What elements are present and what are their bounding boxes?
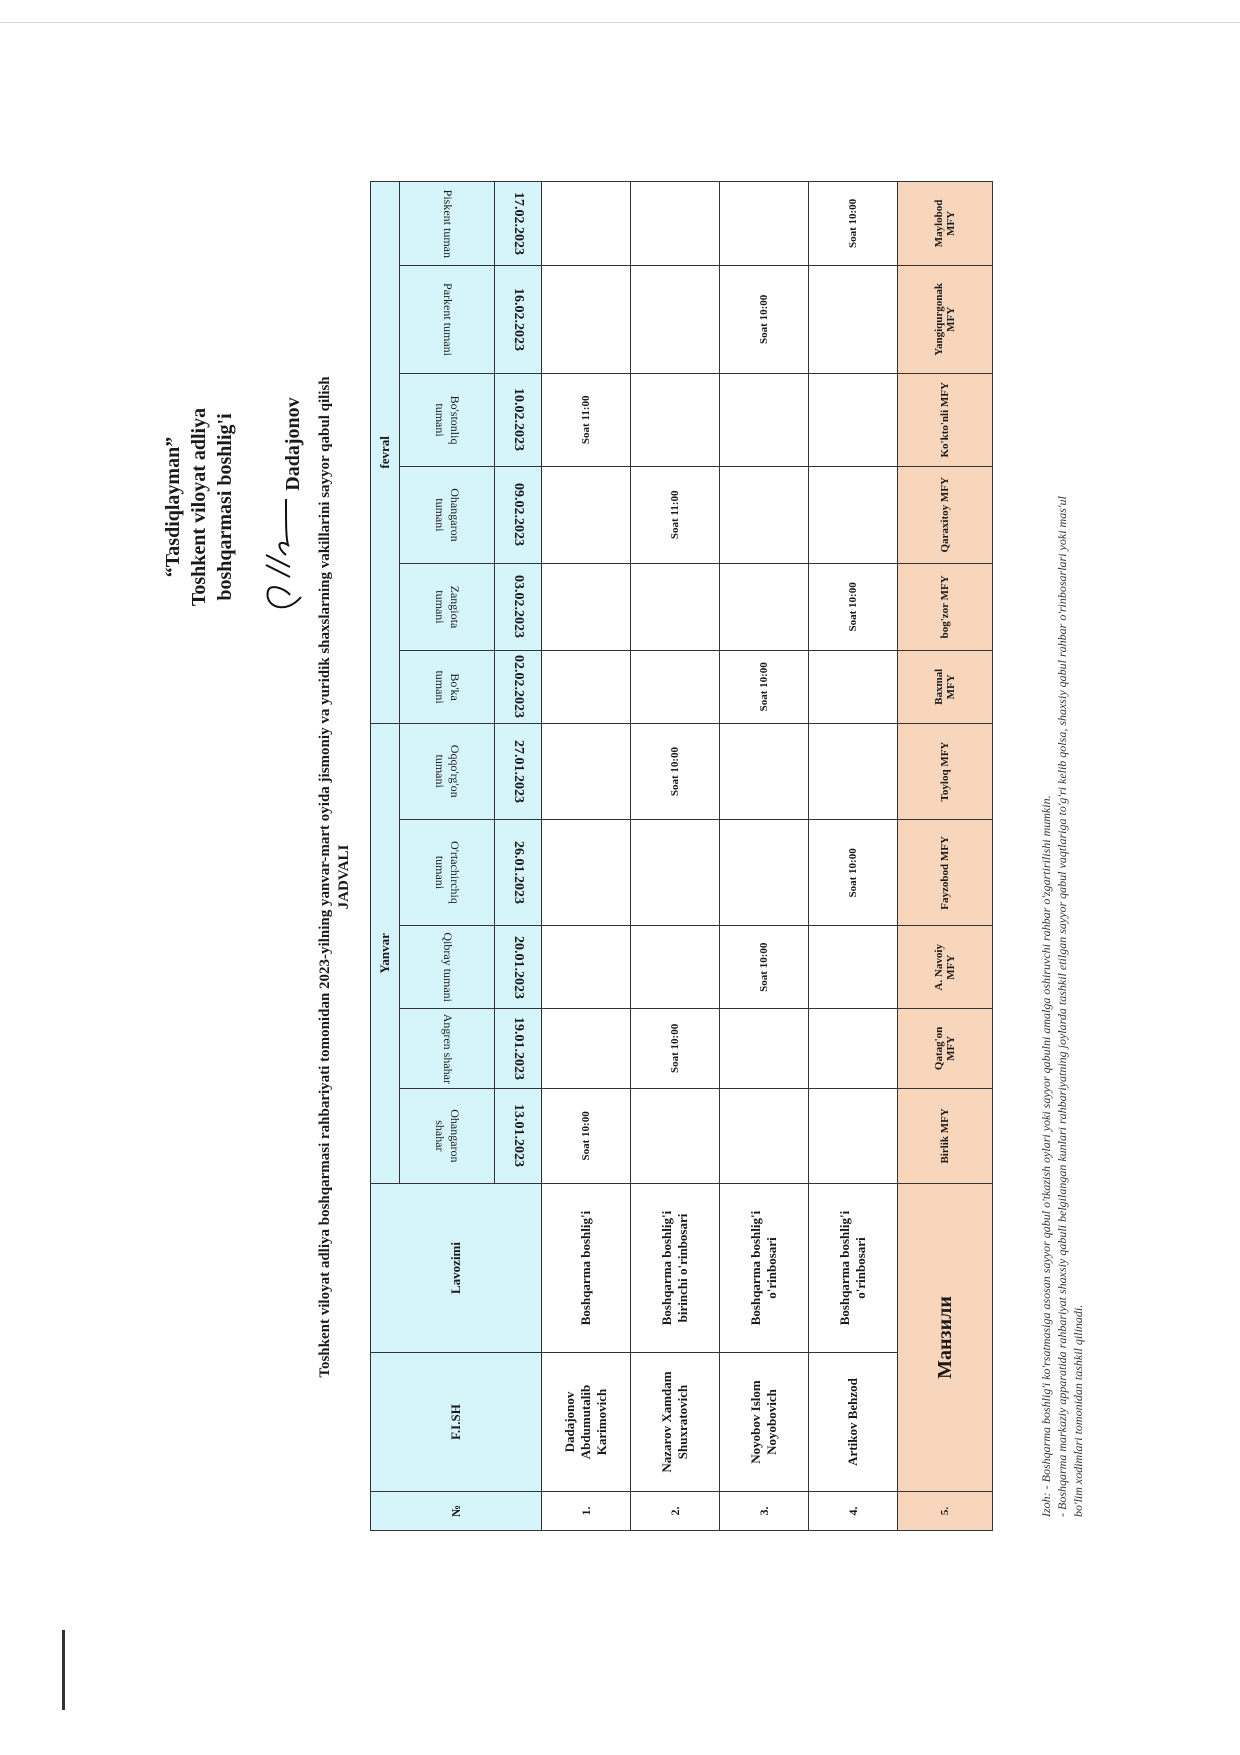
schedule-slot: [720, 466, 809, 563]
title-line-1: Toshkent viloyat adliya boshqarmasi rahb…: [316, 237, 335, 1517]
schedule-table: № F.I.SH Lavozimi Yanvarfevral Ohangaron…: [370, 181, 993, 1531]
schedule-slot: [542, 466, 631, 563]
table-row: 4.Artikov BehzodBoshqarma boshlig'i o'ri…: [809, 182, 898, 1531]
date-value: 02.02.2023: [510, 655, 526, 718]
scan-edge-line: [0, 22, 1240, 23]
row-number: 3.: [720, 1492, 809, 1531]
signature-icon: [256, 497, 306, 617]
approval-line-1: Toshkent viloyat adliya: [186, 377, 212, 637]
date-value: 17.02.2023: [510, 192, 526, 255]
date-header: 13.01.2023: [495, 1088, 542, 1183]
schedule-slot: [631, 265, 720, 373]
person-name: Dadajonov Abdumutalib Karimovich: [542, 1353, 631, 1492]
district-header: Piskent tuman: [400, 182, 495, 266]
schedule-slot: [542, 563, 631, 650]
location-cell: Maylobod MFY: [898, 182, 993, 266]
approval-line-2: boshqarmasi boshlig'i: [212, 377, 238, 637]
schedule-slot: [809, 1088, 898, 1183]
schedule-slot: Soat 10:00: [720, 265, 809, 373]
row-number: 2.: [631, 1492, 720, 1531]
approval-block: “Tasdiqlayman” Toshkent viloyat adliya b…: [160, 377, 306, 637]
schedule-slot: [720, 182, 809, 266]
footnotes: Izoh: - Boshqarma boshlig'i ko'rsatmasig…: [1038, 237, 1086, 1517]
schedule-slot: [809, 466, 898, 563]
schedule-slot: [542, 182, 631, 266]
date-header: 09.02.2023: [495, 466, 542, 563]
schedule-slot: [809, 650, 898, 723]
schedule-slot: [631, 926, 720, 1009]
person-position: Boshqarma boshlig'i birinchi o'rinbosari: [631, 1184, 720, 1353]
district-header: Bo'stonliq tumani: [400, 373, 495, 466]
schedule-slot: [809, 723, 898, 820]
district-header: Zangiota tumani: [400, 563, 495, 650]
schedule-slot: [542, 650, 631, 723]
schedule-slot: [542, 926, 631, 1009]
location-cell: Ko'kto'nli MFY: [898, 373, 993, 466]
district-name: Qibray tumani: [440, 932, 455, 1002]
schedule-slot: [720, 373, 809, 466]
schedule-slot: Soat 10:00: [809, 820, 898, 926]
date-header: 20.01.2023: [495, 926, 542, 1009]
date-value: 20.01.2023: [510, 936, 526, 999]
district-header: Bo'ka tumani: [400, 650, 495, 723]
schedule-slot: [631, 373, 720, 466]
district-name: Bo'ka tumani: [432, 655, 462, 719]
location-cell: Toyloq MFY: [898, 723, 993, 820]
row-number: 5.: [898, 1492, 993, 1531]
locations-label: Манзили: [898, 1184, 993, 1492]
header-name: F.I.SH: [371, 1353, 542, 1492]
locations-row: 5.МанзилиBirlik MFYQatag'on MFYA. Navoiy…: [898, 182, 993, 1531]
location-cell: Baxmal MFY: [898, 650, 993, 723]
schedule-slot: [720, 820, 809, 926]
title-line-2: JADVALI: [335, 237, 354, 1517]
location-cell: Birlik MFY: [898, 1088, 993, 1183]
district-name: Ohangaron shahar: [432, 1093, 462, 1179]
header-number: №: [371, 1492, 542, 1531]
location-cell: Qaraxitoy MFY: [898, 466, 993, 563]
schedule-slot: [720, 723, 809, 820]
schedule-slot: Soat 10:00: [631, 1009, 720, 1089]
schedule-slot: Soat 10:00: [542, 1088, 631, 1183]
schedule-slot: Soat 10:00: [720, 926, 809, 1009]
person-name: Noyobov Islom Noyobovich: [720, 1353, 809, 1492]
footnote-3: bo'lim xodimlari tomonidan tashkil qilin…: [1070, 237, 1086, 1517]
date-value: 27.01.2023: [510, 740, 526, 803]
district-name: O'rtachirchiq tumani: [432, 824, 462, 921]
person-name: Artikov Behzod: [809, 1353, 898, 1492]
schedule-slot: [631, 563, 720, 650]
header-position: Lavozimi: [371, 1184, 542, 1353]
date-header: 10.02.2023: [495, 373, 542, 466]
footnote-1: Izoh: - Boshqarma boshlig'i ko'rsatmasig…: [1038, 237, 1054, 1517]
row-number: 1.: [542, 1492, 631, 1531]
date-header: 17.02.2023: [495, 182, 542, 266]
date-header: 26.01.2023: [495, 820, 542, 926]
location-cell: bog'zor MFY: [898, 563, 993, 650]
date-value: 03.02.2023: [510, 575, 526, 638]
district-header: Ohangaron tumani: [400, 466, 495, 563]
date-value: 16.02.2023: [510, 288, 526, 351]
document-title: Toshkent viloyat adliya boshqarmasi rahb…: [316, 237, 354, 1517]
date-value: 09.02.2023: [510, 483, 526, 546]
person-name: Nazarov Xamdam Shuxratovich: [631, 1353, 720, 1492]
location-cell: Fayzobod MFY: [898, 820, 993, 926]
schedule-slot: [809, 1009, 898, 1089]
row-number: 4.: [809, 1492, 898, 1531]
schedule-slot: Soat 10:00: [720, 650, 809, 723]
table-row: 1.Dadajonov Abdumutalib KarimovichBoshqa…: [542, 182, 631, 1531]
schedule-slot: [631, 1088, 720, 1183]
location-cell: A. Navoiy MFY: [898, 926, 993, 1009]
district-name: Bo'stonliq tumani: [432, 378, 462, 462]
district-header: Qibray tumani: [400, 926, 495, 1009]
schedule-slot: Soat 11:00: [542, 373, 631, 466]
location-cell: Qatag'on MFY: [898, 1009, 993, 1089]
district-name: Oqqo'rg'on tumani: [432, 728, 462, 816]
district-header: Parkent tumani: [400, 265, 495, 373]
schedule-slot: [809, 265, 898, 373]
person-position: Boshqarma boshlig'i o'rinbosari: [720, 1184, 809, 1353]
month-header: fevral: [371, 182, 400, 724]
date-header: 02.02.2023: [495, 650, 542, 723]
schedule-slot: [720, 563, 809, 650]
district-name: Ohangaron tumani: [432, 471, 462, 559]
district-header: Oqqo'rg'on tumani: [400, 723, 495, 820]
date-header: 27.01.2023: [495, 723, 542, 820]
district-header: Angren shahar: [400, 1009, 495, 1089]
schedule-slot: Soat 11:00: [631, 466, 720, 563]
schedule-slot: Soat 10:00: [631, 723, 720, 820]
district-name: Parkent tumani: [440, 283, 455, 356]
date-value: 13.01.2023: [510, 1104, 526, 1167]
date-header: 19.01.2023: [495, 1009, 542, 1089]
person-position: Boshqarma boshlig'i o'rinbosari: [809, 1184, 898, 1353]
schedule-slot: [720, 1009, 809, 1089]
district-header: O'rtachirchiq tumani: [400, 820, 495, 926]
district-name: Angren shahar: [440, 1013, 455, 1083]
schedule-slot: [542, 1009, 631, 1089]
date-header: 03.02.2023: [495, 563, 542, 650]
date-value: 26.01.2023: [510, 841, 526, 904]
person-position: Boshqarma boshlig'i: [542, 1184, 631, 1353]
approval-stamp: “Tasdiqlayman”: [160, 377, 186, 637]
schedule-slot: [542, 265, 631, 373]
location-cell: Yangiqurgonak MFY: [898, 265, 993, 373]
schedule-slot: Soat 10:00: [809, 182, 898, 266]
schedule-slot: [542, 723, 631, 820]
district-header: Ohangaron shahar: [400, 1088, 495, 1183]
schedule-slot: [809, 926, 898, 1009]
date-value: 10.02.2023: [510, 388, 526, 451]
date-header: 16.02.2023: [495, 265, 542, 373]
schedule-slot: [720, 1088, 809, 1183]
schedule-slot: [809, 373, 898, 466]
document-page: “Tasdiqlayman” Toshkent viloyat adliya b…: [120, 197, 1120, 1557]
district-name: Piskent tuman: [440, 189, 455, 257]
date-value: 19.01.2023: [510, 1017, 526, 1080]
schedule-slot: Soat 10:00: [809, 563, 898, 650]
schedule-slot: [542, 820, 631, 926]
month-header: Yanvar: [371, 723, 400, 1183]
schedule-slot: [631, 650, 720, 723]
district-name: Zangiota tumani: [432, 568, 462, 646]
table-row: 3.Noyobov Islom NoyobovichBoshqarma bosh…: [720, 182, 809, 1531]
approval-signer: Dadajonov: [280, 397, 306, 490]
schedule-slot: [631, 820, 720, 926]
footnote-2: - Boshqarma markaziy apparatida rahbariy…: [1054, 237, 1070, 1517]
scan-margin-mark: [62, 1630, 65, 1710]
table-row: 2.Nazarov Xamdam ShuxratovichBoshqarma b…: [631, 182, 720, 1531]
schedule-slot: [631, 182, 720, 266]
